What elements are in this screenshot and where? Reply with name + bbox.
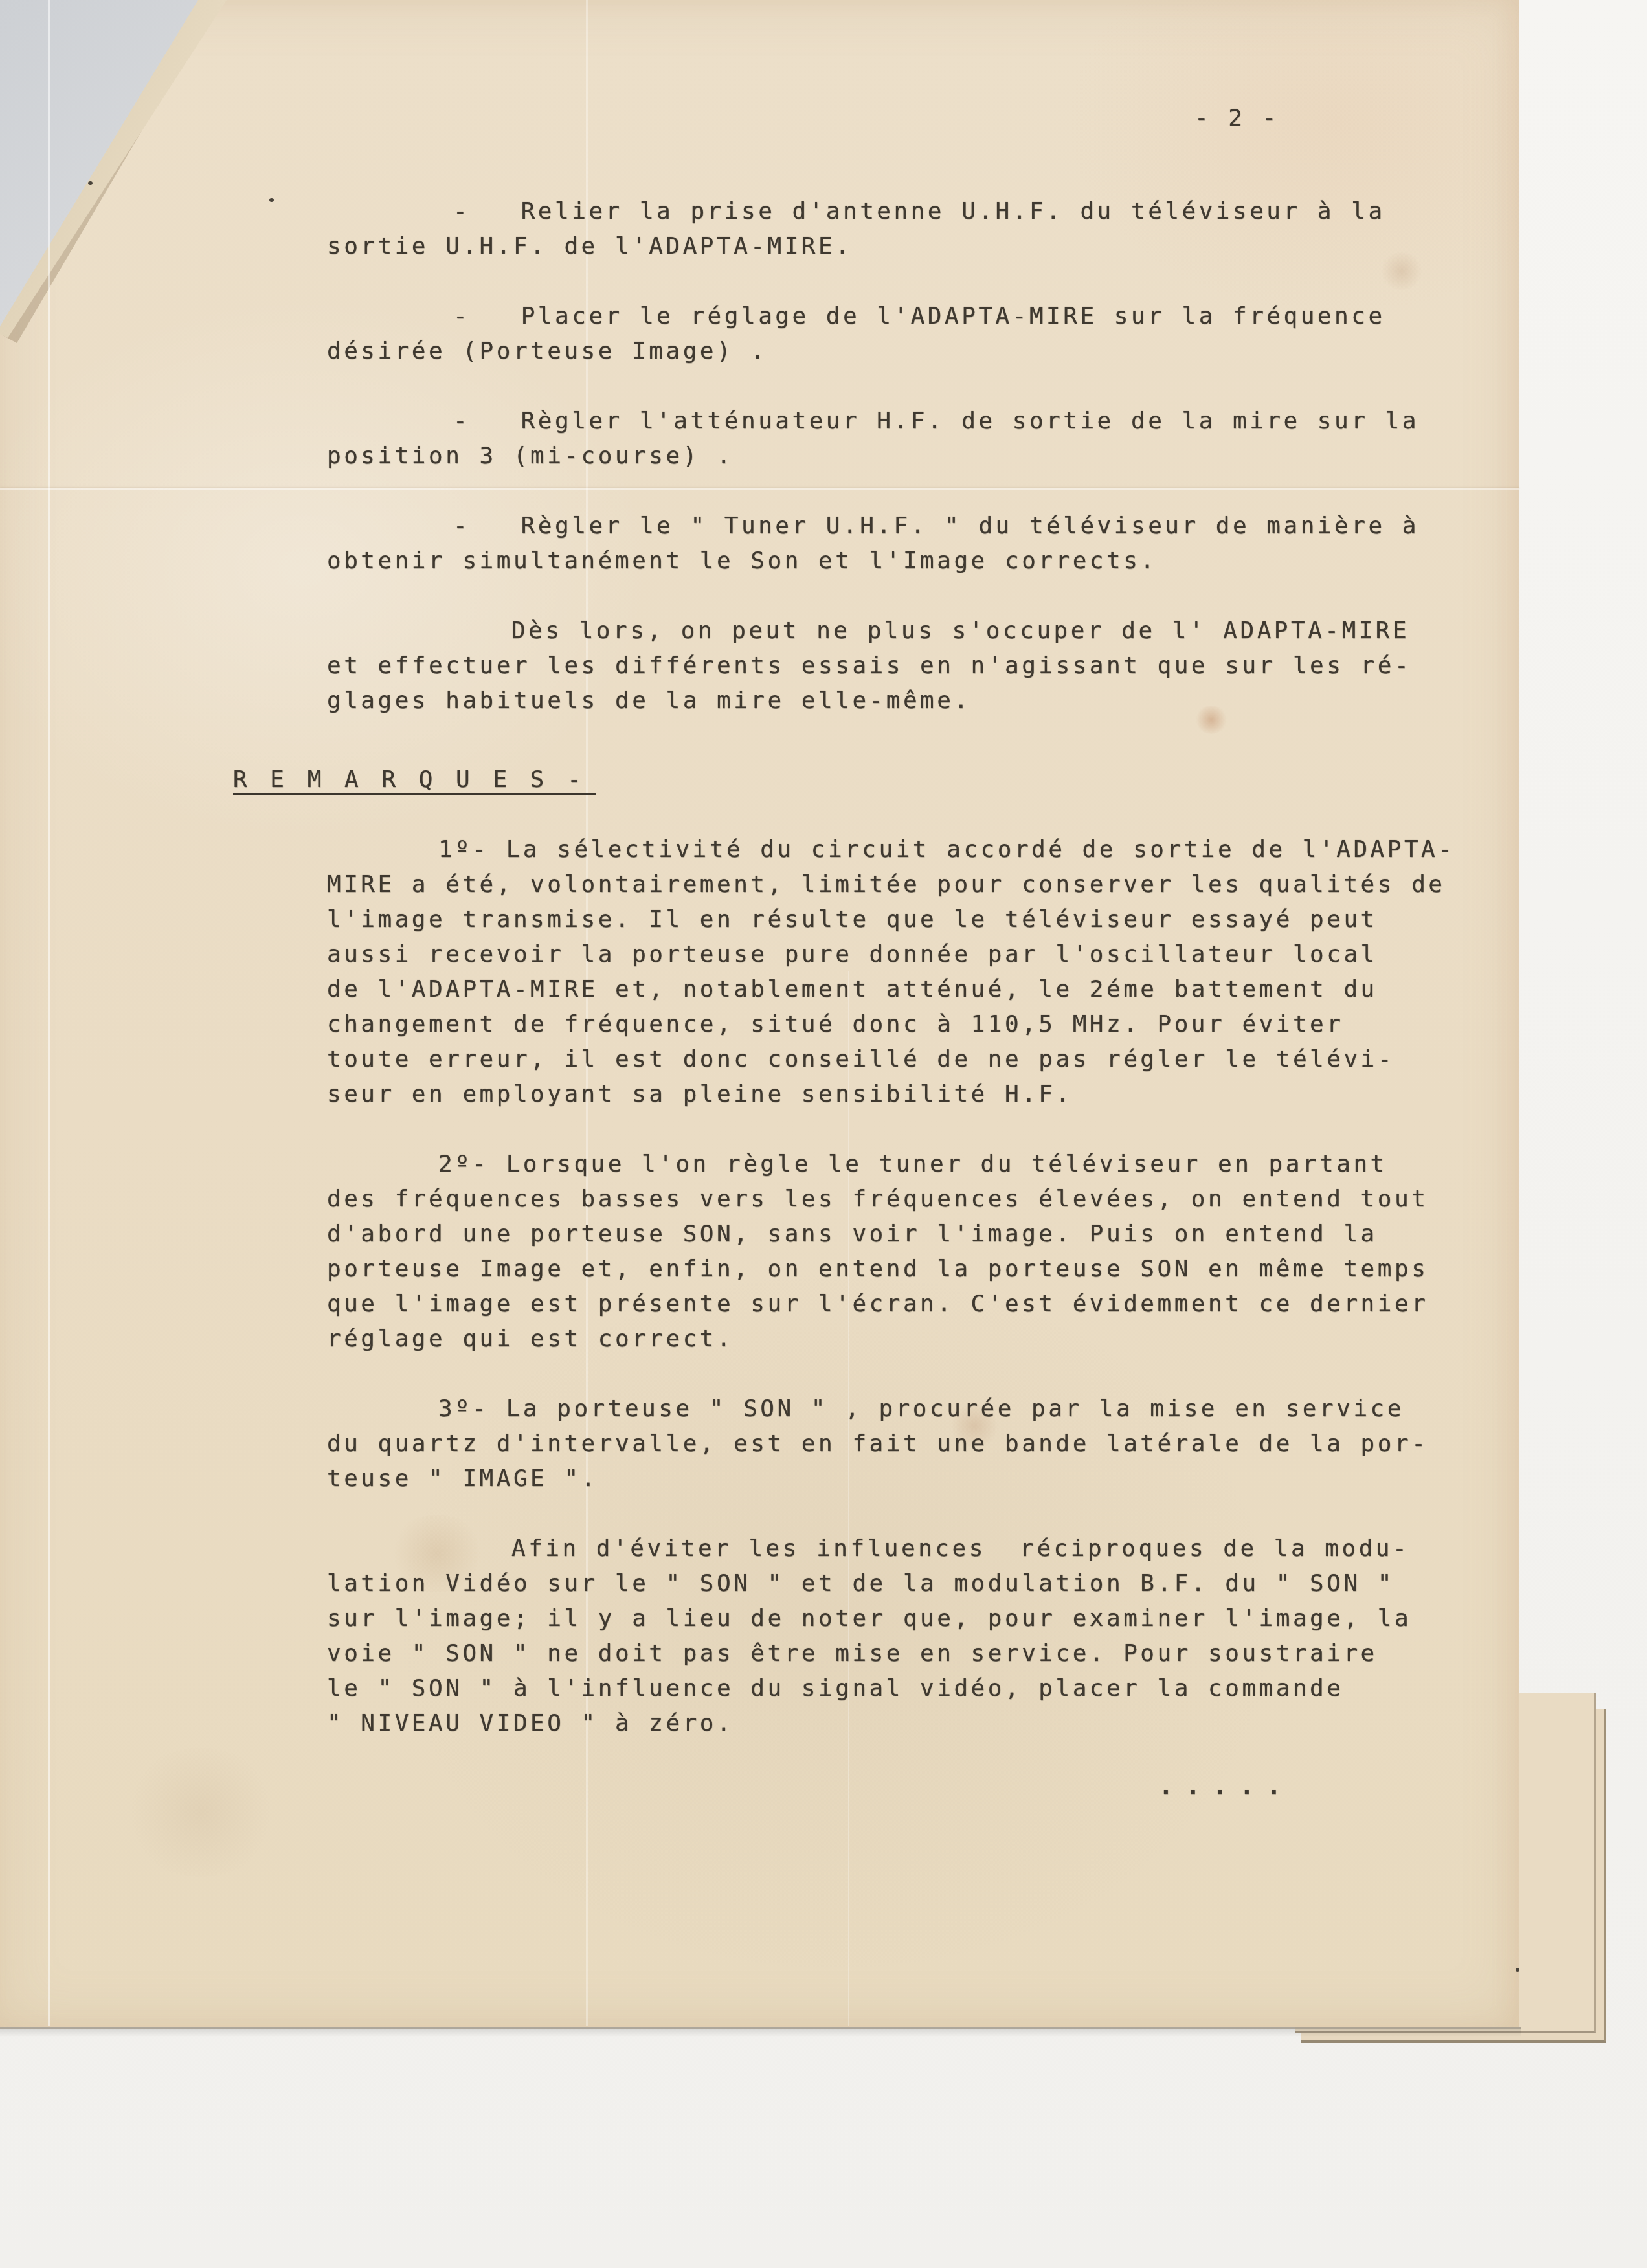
text-line: de l'ADAPTA-MIRE et, notablement atténué… bbox=[327, 972, 1486, 1007]
text-line: désirée (Porteuse Image) . bbox=[327, 334, 1486, 369]
text-line: porteuse Image et, enfin, on entend la p… bbox=[327, 1252, 1486, 1287]
text-line: MIRE a été, volontairement, limitée pour… bbox=[327, 867, 1486, 902]
section-heading: R E M A R Q U E S - bbox=[233, 762, 1486, 797]
text-line: seur en employant sa pleine sensibilité … bbox=[327, 1077, 1486, 1112]
text-line: aussi recevoir la porteuse pure donnée p… bbox=[327, 937, 1486, 972]
text-line: voie " SON " ne doit pas être mise en se… bbox=[327, 1636, 1486, 1671]
text-line: teuse " IMAGE ". bbox=[327, 1462, 1486, 1496]
text-line: sur l'image; il y a lieu de noter que, p… bbox=[327, 1601, 1486, 1636]
scanned-document: - 2 - - Relier la prise d'antenne U.H.F.… bbox=[0, 0, 1647, 2268]
text-line: " NIVEAU VIDEO " à zéro. bbox=[327, 1706, 1486, 1741]
text-line: - Règler le " Tuner U.H.F. " du télévise… bbox=[327, 509, 1486, 544]
ink-speck bbox=[1516, 1968, 1519, 1972]
text-line: sortie U.H.F. de l'ADAPTA-MIRE. bbox=[327, 229, 1486, 264]
text-line: d'abord une porteuse SON, sans voir l'im… bbox=[327, 1217, 1486, 1252]
ink-speck bbox=[269, 198, 274, 202]
ink-speck bbox=[88, 181, 93, 185]
text-line: et effectuer les différents essais en n'… bbox=[327, 649, 1486, 684]
text-line: Dès lors, on peut ne plus s'occuper de l… bbox=[327, 614, 1486, 649]
text-line: lation Vidéo sur le " SON " et de la mod… bbox=[327, 1566, 1486, 1601]
text-line: 1º- La sélectivité du circuit accordé de… bbox=[327, 832, 1486, 867]
text-line: Afin d'éviter les influences réciproques… bbox=[327, 1531, 1486, 1566]
text-line: position 3 (mi-course) . bbox=[327, 439, 1486, 474]
text-line: l'image transmise. Il en résulte que le … bbox=[327, 902, 1486, 937]
text-line: des fréquences basses vers les fréquence… bbox=[327, 1182, 1486, 1217]
text-line: - Relier la prise d'antenne U.H.F. du té… bbox=[327, 194, 1486, 229]
text-line: - Placer le réglage de l'ADAPTA-MIRE sur… bbox=[327, 299, 1486, 334]
text-line: le " SON " à l'influence du signal vidéo… bbox=[327, 1671, 1486, 1706]
paper-bottom-shadow bbox=[0, 2029, 1521, 2037]
text-line: obtenir simultanément le Son et l'Image … bbox=[327, 544, 1486, 579]
typewritten-lines: - Relier la prise d'antenne U.H.F. du té… bbox=[327, 194, 1486, 1805]
text-line: toute erreur, il est donc conseillé de n… bbox=[327, 1042, 1486, 1077]
text-line: 3º- La porteuse " SON " , procurée par l… bbox=[327, 1392, 1486, 1427]
text-line: du quartz d'intervalle, est en fait une … bbox=[327, 1427, 1486, 1462]
text-line: - Règler l'atténuateur H.F. de sortie de… bbox=[327, 404, 1486, 439]
text-line: glages habituels de la mire elle-même. bbox=[327, 684, 1486, 718]
text-line: 2º- Lorsque l'on règle le tuner du télév… bbox=[327, 1147, 1486, 1182]
text-line: changement de fréquence, situé donc à 11… bbox=[327, 1007, 1486, 1042]
text-line: que l'image est présente sur l'écran. C'… bbox=[327, 1287, 1486, 1322]
text-line: ..... bbox=[327, 1770, 1486, 1805]
text-line: réglage qui est correct. bbox=[327, 1322, 1486, 1357]
page-number: - 2 - bbox=[1194, 105, 1279, 131]
